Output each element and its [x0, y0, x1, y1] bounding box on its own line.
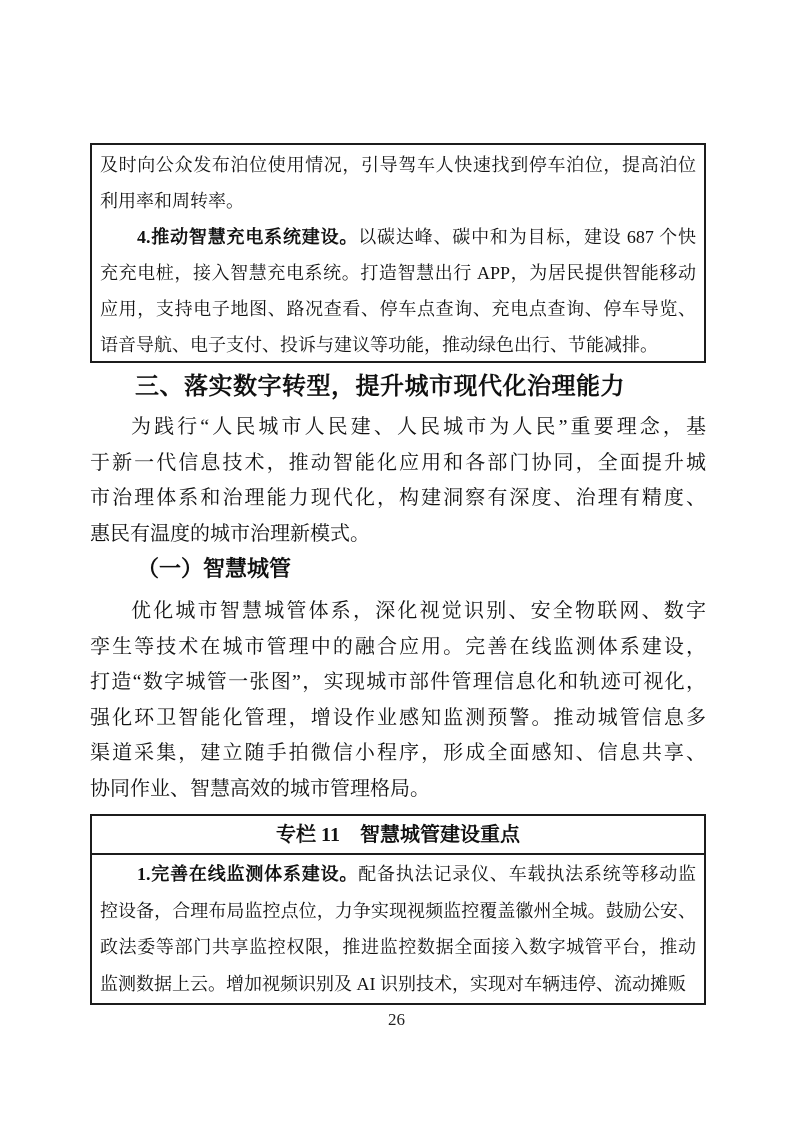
- page-number: 26: [0, 1010, 793, 1030]
- paragraph-digital-transformation: 为践行“人民城市人民建、人民城市为人民”重要理念，基 于新一代信息技术，推动智能…: [90, 410, 706, 552]
- text-line: 1.完善在线监测体系建设。配备执法记录仪、车载执法系统等移动监: [100, 856, 696, 893]
- text-line: 市治理体系和治理能力现代化，构建洞察有深度、治理有精度、: [90, 481, 706, 517]
- text-line: 渠道采集，建立随手拍微信小程序，形成全面感知、信息共享、: [90, 736, 706, 772]
- text-line: 监测数据上云。增加视频识别及 AI 识别技术，实现对车辆违停、流动摊贩: [100, 966, 696, 1003]
- text-line: 4.推动智慧充电系统建设。以碳达峰、碳中和为目标，建设 687 个快: [100, 219, 696, 255]
- text-line: 应用，支持电子地图、路况查看、停车点查询、充电点查询、停车导览、: [100, 291, 696, 327]
- text-line: 于新一代信息技术，推动智能化应用和各部门协同，全面提升城: [90, 446, 706, 482]
- text-line: 协同作业、智慧高效的城市管理格局。: [90, 772, 706, 808]
- text-line: 孪生等技术在城市管理中的融合应用。完善在线监测体系建设，: [90, 630, 706, 666]
- callout-box-title: 专栏 11 智慧城管建设重点: [92, 816, 704, 855]
- callout-box-body: 1.完善在线监测体系建设。配备执法记录仪、车载执法系统等移动监 控设备，合理布局…: [92, 855, 704, 1003]
- text-line: 利用率和周转率。: [100, 183, 696, 219]
- text-line: 政法委等部门共享监控权限，推进监控数据全面接入数字城管平台，推动: [100, 929, 696, 966]
- section-heading: 三、落实数字转型，提升城市现代化治理能力: [90, 370, 706, 403]
- text-run: 配备执法记录仪、车载执法系统等移动监: [358, 864, 696, 884]
- text-line: 控设备，合理布局监控点位，力争实现视频监控覆盖徽州全城。鼓励公安、: [100, 893, 696, 930]
- text-line: 充充电桩，接入智慧充电系统。打造智慧出行 APP，为居民提供智能移动: [100, 255, 696, 291]
- document-page: 及时向公众发布泊位使用情况，引导驾车人快速找到停车泊位，提高泊位 利用率和周转率…: [0, 0, 793, 1122]
- text-run: 以碳达峰、碳中和为目标，建设 687 个快: [358, 227, 696, 247]
- callout-box-zhuanlan-11: 专栏 11 智慧城管建设重点 1.完善在线监测体系建设。配备执法记录仪、车载执法…: [90, 814, 706, 1005]
- text-line: 及时向公众发布泊位使用情况，引导驾车人快速找到停车泊位，提高泊位: [100, 147, 696, 183]
- text-line: 惠民有温度的城市治理新模式。: [90, 517, 706, 553]
- text-line: 为践行“人民城市人民建、人民城市为人民”重要理念，基: [90, 410, 706, 446]
- bold-run: 1.完善在线监测体系建设。: [137, 864, 358, 884]
- subsection-heading-smart-city-management: （一）智慧城管: [90, 554, 706, 584]
- text-line: 打造“数字城管一张图”，实现城市部件管理信息化和轨迹可视化，: [90, 665, 706, 701]
- paragraph-smart-city-management: 优化城市智慧城管体系，深化视觉识别、安全物联网、数字 孪生等技术在城市管理中的融…: [90, 594, 706, 808]
- text-line: 语音导航、电子支付、投诉与建议等功能，推动绿色出行、节能减排。: [100, 327, 696, 363]
- bold-run: 4.推动智慧充电系统建设。: [137, 227, 358, 247]
- text-line: 优化城市智慧城管体系，深化视觉识别、安全物联网、数字: [90, 594, 706, 630]
- text-line: 强化环卫智能化管理，增设作业感知监测预警。推动城管信息多: [90, 701, 706, 737]
- callout-box-smart-parking-charging: 及时向公众发布泊位使用情况，引导驾车人快速找到停车泊位，提高泊位 利用率和周转率…: [90, 143, 706, 363]
